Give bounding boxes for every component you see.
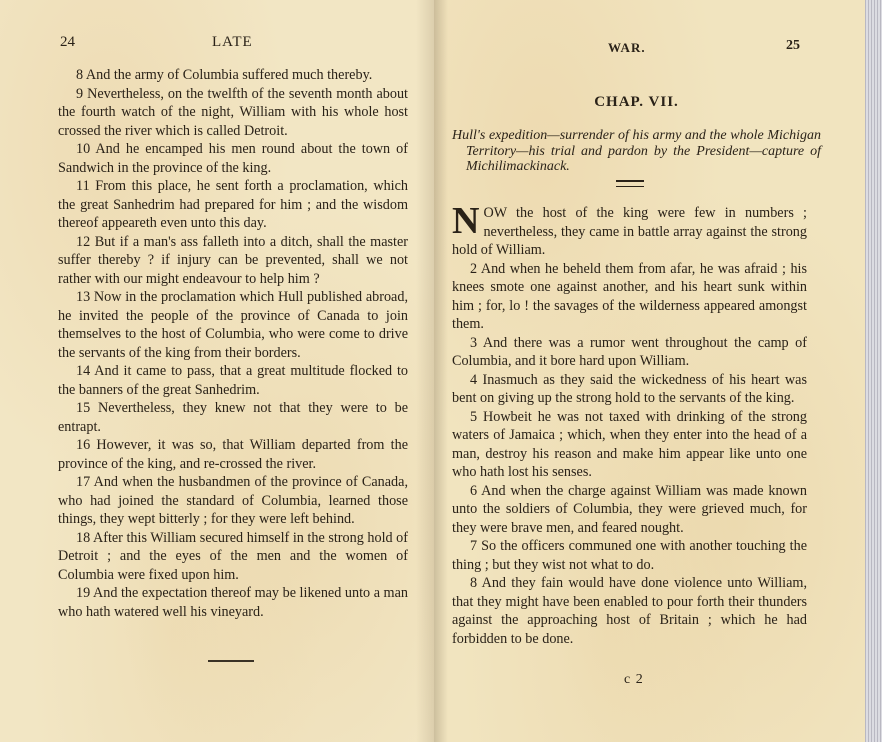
chapter-rule (616, 180, 644, 187)
running-head: LATE (212, 34, 253, 51)
verse-paragraph: 19 And the expectation thereof may be li… (58, 584, 408, 621)
section-end-rule (208, 660, 254, 662)
right-page: WAR. 25 CHAP. VII. Hull's expedition—sur… (434, 0, 865, 742)
verse-paragraph: 11 From this place, he sent forth a proc… (58, 177, 408, 233)
verse-paragraph: 10 And he encamped his men round about t… (58, 140, 408, 177)
chapter-summary: Hull's expedition—surrender of his army … (452, 128, 821, 175)
verse-paragraph: 8 And the army of Columbia suffered much… (58, 66, 408, 85)
body-text: 8 And the army of Columbia suffered much… (58, 66, 408, 621)
verse-paragraph: 7 So the officers communed one with anot… (452, 537, 807, 574)
verse-paragraph: 16 However, it was so, that William depa… (58, 436, 408, 473)
page-number: 25 (786, 38, 800, 54)
verse-paragraph: 4 Inasmuch as they said the wickedness o… (452, 371, 807, 408)
opening-text: OW the host of the king were few in numb… (452, 205, 807, 258)
gutter-shadow (416, 0, 434, 742)
verse-paragraph: 12 But if a man's ass falleth into a dit… (58, 233, 408, 289)
book-spread: 24 LATE 8 And the army of Columbia suffe… (0, 0, 882, 742)
signature-mark: c 2 (624, 672, 644, 688)
verse-paragraph: 5 Howbeit he was not taxed with drinking… (452, 408, 807, 482)
verse-paragraph: 6 And when the charge against William wa… (452, 482, 807, 538)
drop-cap: N (452, 206, 479, 236)
page-number: 24 (60, 34, 75, 51)
verse-paragraph: 3 And there was a rumor went throughout … (452, 334, 807, 371)
verse-paragraph: 17 And when the husbandmen of the provin… (58, 473, 408, 529)
gutter-shadow (434, 0, 448, 742)
left-page: 24 LATE 8 And the army of Columbia suffe… (0, 0, 434, 742)
verse-paragraph: 2 And when he beheld them from afar, he … (452, 260, 807, 334)
verse-paragraph: 18 After this William secured himself in… (58, 529, 408, 585)
running-head: WAR. (608, 40, 646, 56)
verse-paragraph: 13 Now in the proclamation which Hull pu… (58, 288, 408, 362)
opening-paragraph: NOW the host of the king were few in num… (452, 204, 807, 260)
verse-paragraph: 9 Nevertheless, on the twelfth of the se… (58, 85, 408, 141)
verse-paragraph: 8 And they fain would have done violence… (452, 574, 807, 648)
verse-paragraph: 15 Nevertheless, they knew not that they… (58, 399, 408, 436)
body-text: NOW the host of the king were few in num… (452, 204, 807, 648)
verse-paragraph: 14 And it came to pass, that a great mul… (58, 362, 408, 399)
page-edges (865, 0, 882, 742)
chapter-title: CHAP. VII. (434, 94, 839, 111)
